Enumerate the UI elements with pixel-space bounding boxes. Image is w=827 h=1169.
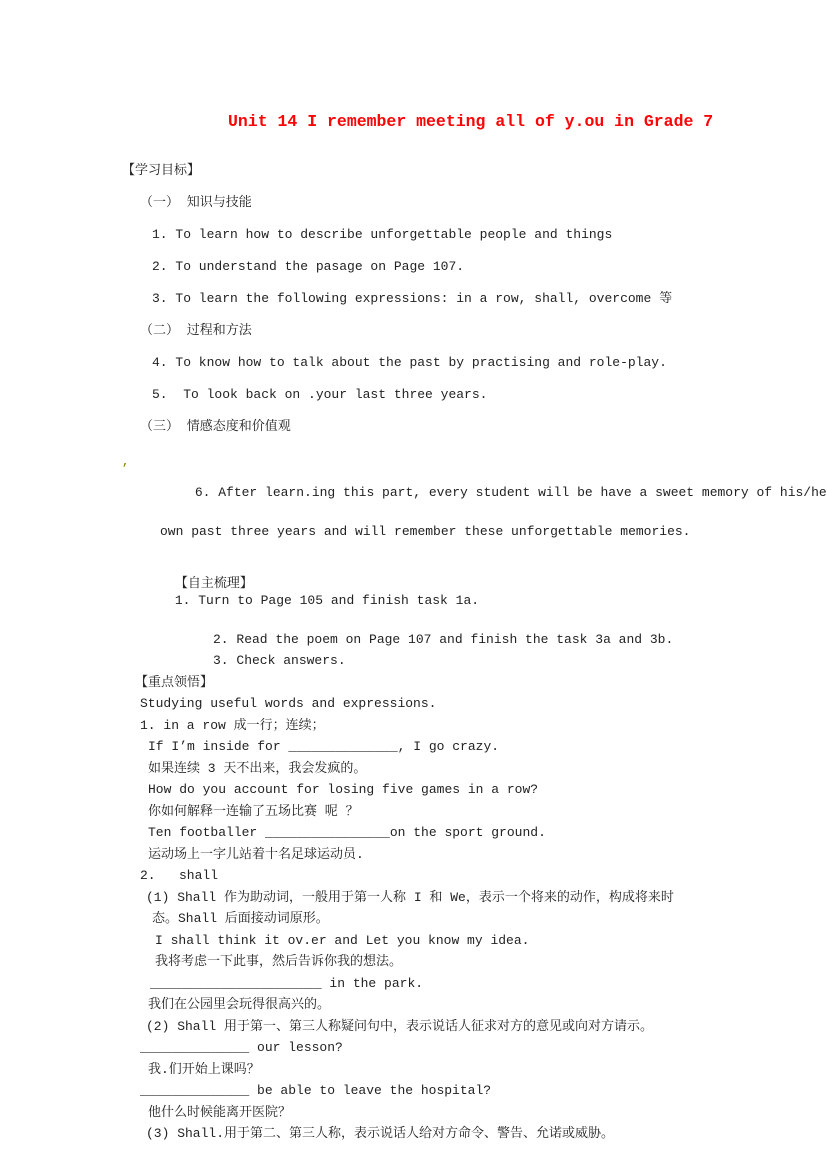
- part3-heading: （三） 情感态度和价值观: [140, 418, 827, 435]
- goal-item-6-text: 6. After learn.ing this part, every stud…: [195, 485, 827, 500]
- point2-usage1-example-zh: 我将考虑一下此事，然后告诉你我的想法。: [155, 953, 827, 970]
- self-study-task-2: 2. Read the poem on Page 107 and finish …: [213, 631, 827, 648]
- goal-item-4: 4. To know how to talk about the past by…: [152, 354, 827, 371]
- point2-usage1-line2: 态。Shall 后面接动词原形。: [152, 910, 827, 927]
- point1-example3-en: Ten footballer ________________on the sp…: [148, 824, 827, 841]
- self-study-task-3: 3. Check answers.: [213, 652, 827, 669]
- point2-usage2-example2-zh: 他什么时候能离开医院？: [148, 1104, 827, 1121]
- point1-example2-en: How do you account for losing five games…: [148, 781, 827, 798]
- point2-usage2-example1-zh: 我.们开始上课吗？: [148, 1061, 827, 1078]
- key-points-intro: Studying useful words and expressions.: [140, 695, 827, 712]
- point1-example1-en: If I’m inside for ______________, I go c…: [148, 738, 827, 755]
- key-points-header: 【重点领悟】: [135, 674, 827, 691]
- self-study-row: 【自主梳理】 1. Turn to Page 105 and finish ta…: [128, 558, 827, 626]
- part2-heading: （二） 过程和方法: [140, 322, 827, 339]
- goal-item-2: 2. To understand the pasage on Page 107.: [152, 258, 827, 275]
- goal-item-5: 5. To look back on .your last three year…: [152, 386, 827, 403]
- point1-example3-zh: 运动场上一字儿站着十名足球运动员.: [148, 846, 827, 863]
- point2-heading: 2. shall: [140, 867, 827, 884]
- point1-example2-zh: 你如何解释一连输了五场比赛 呢 ？: [148, 803, 827, 820]
- point1-example1-zh: 如果连续 3 天不出来，我会发疯的。: [148, 760, 827, 777]
- goal-item-6-line1: , 6. After learn.ing this part, every st…: [148, 450, 827, 518]
- stray-comma-mark: ,: [122, 454, 129, 471]
- point1-heading: 1. in a row 成一行；连续；: [140, 717, 827, 734]
- page-title: Unit 14 I remember meeting all of y.ou i…: [0, 0, 827, 134]
- point2-usage1-blank-zh: 我们在公园里会玩得很高兴的。: [148, 996, 827, 1013]
- point2-usage2-example1-en: ______________ our lesson?: [140, 1039, 827, 1056]
- point2-usage1-blank-en: ______________________ in the park.: [150, 975, 827, 992]
- self-study-header: 【自主梳理】: [175, 575, 260, 592]
- goal-item-3: 3. To learn the following expressions: i…: [152, 290, 827, 307]
- worksheet-page: Unit 14 I remember meeting all of y.ou i…: [0, 0, 827, 1169]
- point2-usage1-example-en: I shall think it ov.er and Let you know …: [155, 932, 827, 949]
- body-section: 【自主梳理】 1. Turn to Page 105 and finish ta…: [0, 558, 827, 1142]
- point2-usage2-example2-en: ______________ be able to leave the hosp…: [140, 1082, 827, 1099]
- point2-usage3: (3) Shall.用于第二、第三人称，表示说话人给对方命令、警告、允诺或威胁。: [146, 1125, 827, 1142]
- learning-goals-section: 【学习目标】 （一） 知识与技能 1. To learn how to desc…: [0, 162, 827, 540]
- goal-item-6-line2: own past three years and will remember t…: [160, 523, 827, 540]
- part1-heading: （一） 知识与技能: [140, 194, 827, 211]
- learning-goals-header: 【学习目标】: [122, 162, 827, 179]
- goal-item-1: 1. To learn how to describe unforgettabl…: [152, 226, 827, 243]
- self-study-task-1: 1. Turn to Page 105 and finish task 1a.: [175, 593, 479, 608]
- point2-usage2: (2) Shall 用于第一、第三人称疑问句中，表示说话人征求对方的意见或向对方…: [146, 1018, 827, 1035]
- point2-usage1-line1: (1) Shall 作为助动词，一般用于第一人称 I 和 We，表示一个将来的动…: [146, 889, 827, 906]
